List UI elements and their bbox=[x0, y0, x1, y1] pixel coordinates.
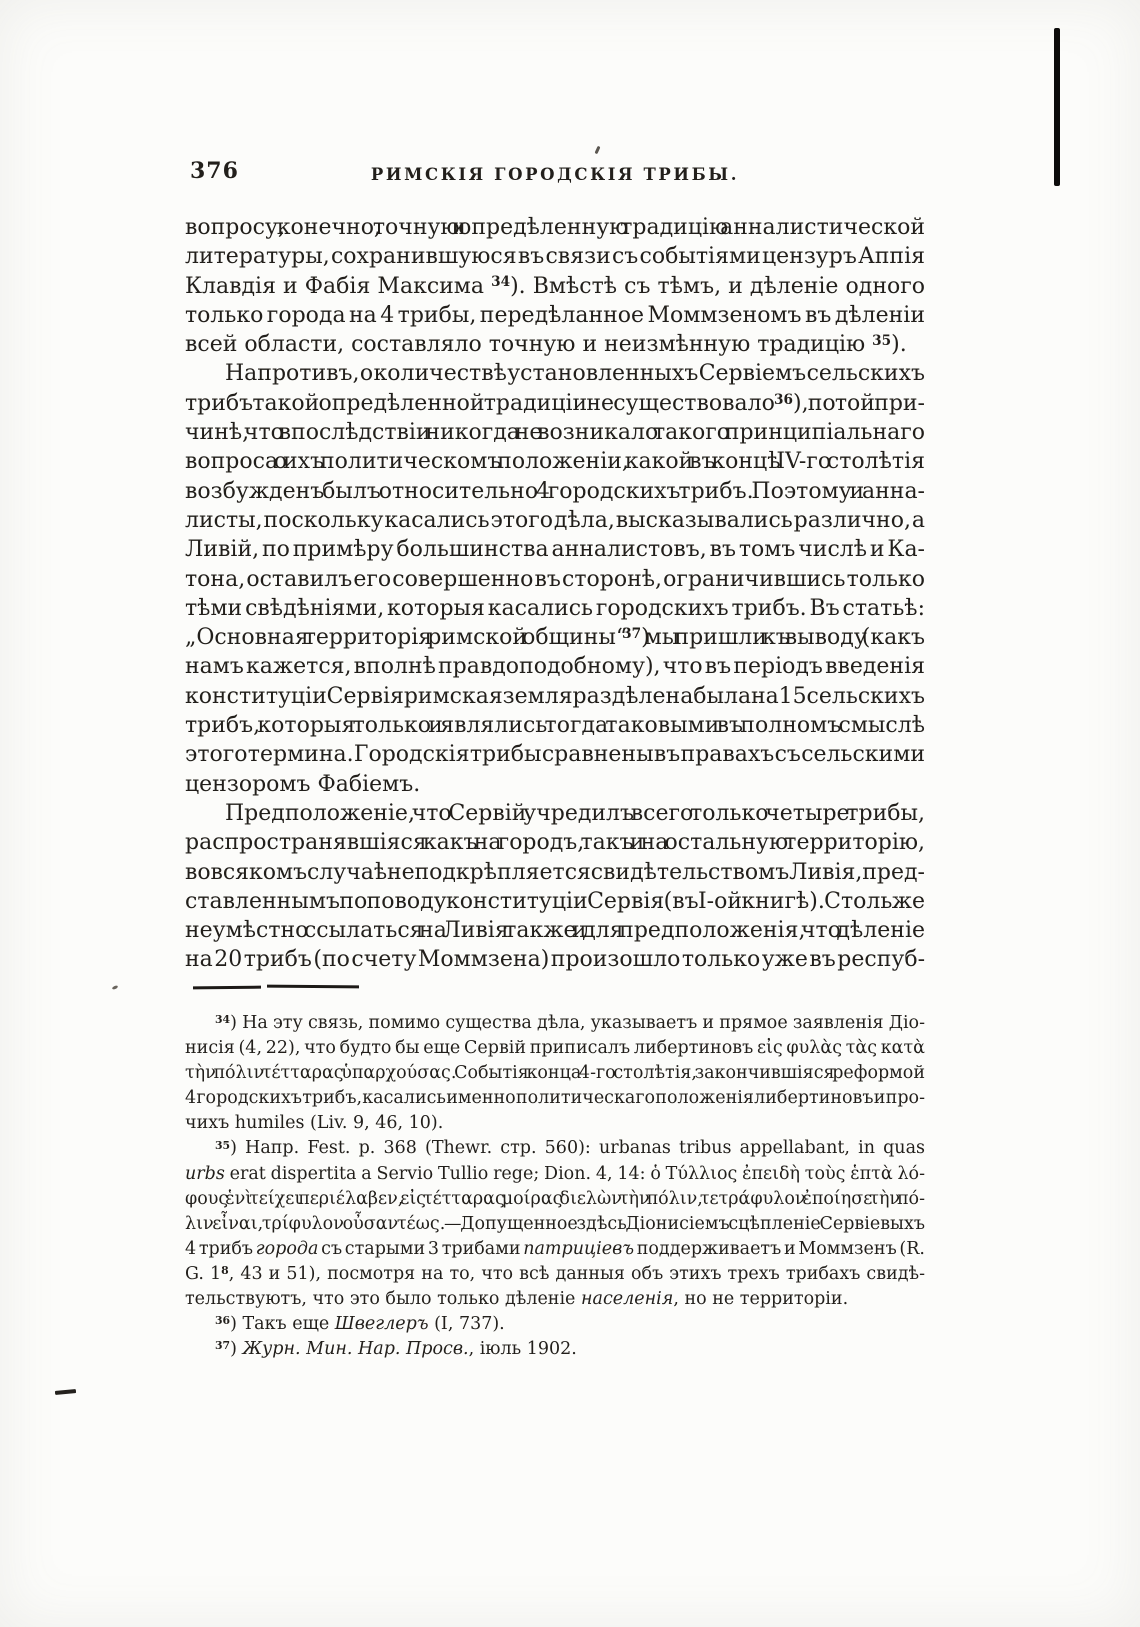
italic-text: патриціевъ bbox=[523, 1239, 634, 1259]
text-run: нисія (4, 22), что будто бы еще Сервій п… bbox=[185, 1038, 925, 1058]
text-line: тѣми свѣдѣніями, которыя касались городс… bbox=[185, 594, 925, 623]
footnote-marker: 37 bbox=[622, 626, 641, 642]
scan-artifact-dash bbox=[55, 1389, 76, 1395]
text-line: 37) Журн. Мин. Нар. Просв., іюль 1902. bbox=[185, 1337, 925, 1362]
text-run: ) мы пришли къ выводу (какъ bbox=[641, 625, 925, 650]
text-run: ) Такъ еще bbox=[230, 1314, 335, 1334]
footnote-marker: 34 bbox=[215, 1013, 230, 1026]
text-run: ). bbox=[891, 332, 907, 357]
text-run: этого термина. Городскія трибы сравнены … bbox=[185, 742, 925, 767]
text-line: τὴν πόλιν τέτταρας ὑπαρχούσας. Событія к… bbox=[185, 1061, 925, 1086]
text-line: цензоромъ Фабіемъ. bbox=[185, 770, 925, 799]
text-line: φους ἑνὶ τείχει περιέλαβεν, εἰς τέτταρας… bbox=[185, 1187, 925, 1212]
text-run: тона, оставилъ его совершенно въ сторонѣ… bbox=[185, 567, 925, 592]
italic-text: населенія bbox=[581, 1289, 673, 1309]
line-content: Предположеніе, что Сервій учредилъ всего… bbox=[225, 801, 925, 826]
line-content: 4 трибъ города съ старыми 3 трибами патр… bbox=[185, 1239, 925, 1259]
text-run: 4 трибъ bbox=[185, 1239, 256, 1259]
text-run: Предположеніе, что Сервій учредилъ всего… bbox=[225, 801, 925, 826]
scan-artifact-speck bbox=[595, 146, 601, 155]
line-content: urbs erat dispertita a Servio Tullio reg… bbox=[185, 1164, 925, 1184]
text-line: urbs erat dispertita a Servio Tullio reg… bbox=[185, 1162, 925, 1187]
text-line: литературы, сохранившуюся въ связи съ со… bbox=[185, 242, 925, 271]
text-line: λιν εἶναι, τρίφυλον οὖσαν τέως. — Допуще… bbox=[185, 1212, 925, 1237]
text-run: , но не территоріи. bbox=[673, 1289, 848, 1309]
text-run: , іюль 1902. bbox=[469, 1339, 577, 1359]
text-line: Напротивъ, о количествѣ установленныхъ С… bbox=[185, 359, 925, 388]
text-line: 4 городскихъ трибъ, касались именно поли… bbox=[185, 1086, 925, 1111]
line-content: неумѣстно ссылаться на Ливія также и для… bbox=[185, 918, 925, 943]
line-content: φους ἑνὶ τείχει περιέλαβεν, εἰς τέτταρας… bbox=[185, 1189, 925, 1209]
text-run: съ старыми 3 трибами bbox=[318, 1239, 523, 1259]
text-run: листы, поскольку касались этого дѣла, вы… bbox=[185, 508, 925, 533]
line-content: только города на 4 трибы, передѣланное М… bbox=[185, 303, 925, 328]
text-line: распространявшіяся какъ на городъ, такъ … bbox=[185, 828, 925, 857]
text-run: конституціи Сервія римская земля раздѣле… bbox=[185, 684, 925, 709]
footnote-marker: 34 bbox=[491, 274, 510, 290]
scan-artifact-bar bbox=[1054, 28, 1060, 186]
text-run: , 43 и 51), посмотря на то, что всѣ данн… bbox=[229, 1264, 925, 1284]
text-run: только города на 4 трибы, передѣланное М… bbox=[185, 303, 925, 328]
line-content: „Основная территорія римской общины“ 37)… bbox=[185, 625, 925, 650]
line-content: тѣми свѣдѣніями, которыя касались городс… bbox=[185, 596, 925, 621]
text-line: тельствуютъ, что это было только дѣленіе… bbox=[185, 1287, 925, 1312]
text-run: ). Вмѣстѣ съ тѣмъ, и дѣленіе одного bbox=[510, 274, 925, 299]
text-run: вопросу, конечно, точную и опредѣленную … bbox=[185, 215, 925, 240]
line-content: 34) На эту связь, помимо существа дѣла, … bbox=[215, 1013, 925, 1033]
line-content: Клавдія и Фабія Максима 34). Вмѣстѣ съ т… bbox=[185, 274, 925, 299]
italic-text: Журн. Мин. Нар. Просв. bbox=[242, 1339, 468, 1359]
text-line: Клавдія и Фабія Максима 34). Вмѣстѣ съ т… bbox=[185, 272, 925, 301]
text-run: намъ кажется, вполнѣ правдоподобному), ч… bbox=[185, 654, 925, 679]
text-line: трибъ, которыя только и являлись тогда т… bbox=[185, 711, 925, 740]
line-content: конституціи Сервія римская земля раздѣле… bbox=[185, 684, 925, 709]
line-content: 35) Напр. Fest. p. 368 (Thewr. стр. 560)… bbox=[215, 1138, 925, 1158]
line-content: намъ кажется, вполнѣ правдоподобному), ч… bbox=[185, 654, 925, 679]
line-content: ставленнымъ по поводу конституціи Сервія… bbox=[185, 889, 925, 914]
text-line: G. 18, 43 и 51), посмотря на то, что всѣ… bbox=[185, 1262, 925, 1287]
line-content: трибъ, которыя только и являлись тогда т… bbox=[185, 713, 925, 738]
text-run: ) bbox=[230, 1339, 242, 1359]
text-line: возбужденъ былъ относительно 4 городских… bbox=[185, 477, 925, 506]
text-run: τὴν πόλιν τέτταρας ὑπαρχούσας. Событія к… bbox=[185, 1063, 925, 1083]
text-line: тона, оставилъ его совершенно въ сторонѣ… bbox=[185, 565, 925, 594]
text-run: трибъ, которыя только и являлись тогда т… bbox=[185, 713, 925, 738]
book-page: 376 РИМСКІЯ ГОРОДСКІЯ ТРИБЫ. вопросу, ко… bbox=[0, 0, 1140, 1627]
text-line: вопросу, конечно, точную и опредѣленную … bbox=[185, 213, 925, 242]
text-run: (I, 737). bbox=[429, 1314, 505, 1334]
line-content: чинѣ, что впослѣдствіи никогда не возник… bbox=[185, 420, 925, 445]
footnotes: 34) На эту связь, помимо существа дѣла, … bbox=[185, 1011, 925, 1362]
footnote-marker: 37 bbox=[215, 1339, 230, 1352]
text-run: чинѣ, что впослѣдствіи никогда не возник… bbox=[185, 420, 925, 445]
text-line: ставленнымъ по поводу конституціи Сервія… bbox=[185, 887, 925, 916]
line-content: литературы, сохранившуюся въ связи съ со… bbox=[185, 244, 925, 269]
line-content: цензоромъ Фабіемъ. bbox=[185, 772, 420, 797]
text-run: неумѣстно ссылаться на Ливія также и для… bbox=[185, 918, 925, 943]
text-line: только города на 4 трибы, передѣланное М… bbox=[185, 301, 925, 330]
text-line: конституціи Сервія римская земля раздѣле… bbox=[185, 682, 925, 711]
line-content: распространявшіяся какъ на городъ, такъ … bbox=[185, 830, 925, 855]
footnote-marker: 36 bbox=[774, 392, 793, 408]
italic-text: urbs bbox=[185, 1164, 225, 1184]
line-content: вопросу, конечно, точную и опредѣленную … bbox=[185, 215, 925, 240]
text-run: Напротивъ, о количествѣ установленныхъ С… bbox=[225, 361, 925, 386]
text-line: на 20 трибъ (по счету Моммзена) произошл… bbox=[185, 945, 925, 974]
line-content: трибъ такой опредѣленной традиціи не сущ… bbox=[185, 391, 925, 416]
text-run: ) На эту связь, помимо существа дѣла, ук… bbox=[230, 1013, 925, 1033]
text-run: ), по той при- bbox=[793, 391, 925, 416]
line-content: τὴν πόλιν τέτταρας ὑπαρχούσας. Событія к… bbox=[185, 1063, 925, 1083]
line-content: вопроса о ихъ политическомъ положеніи, к… bbox=[185, 449, 925, 474]
line-content: всей области, составляло точную и неизмѣ… bbox=[185, 332, 907, 357]
text-line: намъ кажется, вполнѣ правдоподобному), ч… bbox=[185, 652, 925, 681]
text-run: вопроса о ихъ политическомъ положеніи, к… bbox=[185, 449, 925, 474]
text-run: чихъ humiles (Liv. 9, 46, 10). bbox=[185, 1113, 443, 1133]
line-content: листы, поскольку касались этого дѣла, вы… bbox=[185, 508, 925, 533]
text-run: литературы, сохранившуюся въ связи съ со… bbox=[185, 244, 925, 269]
line-content: тона, оставилъ его совершенно въ сторонѣ… bbox=[185, 567, 925, 592]
text-line: чихъ humiles (Liv. 9, 46, 10). bbox=[185, 1111, 925, 1136]
text-run: трибъ такой опредѣленной традиціи не сущ… bbox=[185, 391, 774, 416]
text-line: трибъ такой опредѣленной традиціи не сущ… bbox=[185, 389, 925, 418]
text-run: возбужденъ былъ относительно 4 городских… bbox=[185, 479, 925, 504]
text-run: распространявшіяся какъ на городъ, такъ … bbox=[185, 830, 925, 855]
text-run: тѣми свѣдѣніями, которыя касались городс… bbox=[185, 596, 925, 621]
footnote-marker: 35 bbox=[215, 1139, 230, 1152]
line-content: 36) Такъ еще Швеглеръ (I, 737). bbox=[215, 1314, 505, 1334]
text-line: „Основная территорія римской общины“ 37)… bbox=[185, 623, 925, 652]
text-run: тельствуютъ, что это было только дѣленіе bbox=[185, 1289, 581, 1309]
text-line: этого термина. Городскія трибы сравнены … bbox=[185, 740, 925, 769]
line-content: на 20 трибъ (по счету Моммзена) произошл… bbox=[185, 947, 925, 972]
text-line: Ливій, по примѣру большинства анналистов… bbox=[185, 535, 925, 564]
text-run: на 20 трибъ (по счету Моммзена) произошл… bbox=[185, 947, 925, 972]
text-line: всей области, составляло точную и неизмѣ… bbox=[185, 330, 925, 359]
text-run: всей области, составляло точную и неизмѣ… bbox=[185, 332, 872, 357]
line-content: возбужденъ былъ относительно 4 городских… bbox=[185, 479, 925, 504]
running-head: РИМСКІЯ ГОРОДСКІЯ ТРИБЫ. bbox=[185, 165, 925, 184]
main-text: вопросу, конечно, точную и опредѣленную … bbox=[185, 213, 925, 975]
text-line: 4 трибъ города съ старыми 3 трибами патр… bbox=[185, 1237, 925, 1262]
scan-artifact-speck bbox=[112, 985, 119, 990]
footnote-separator bbox=[193, 985, 363, 989]
footnote-marker: 35 bbox=[872, 333, 891, 349]
line-content: этого термина. Городскія трибы сравнены … bbox=[185, 742, 925, 767]
text-line: 35) Напр. Fest. p. 368 (Thewr. стр. 560)… bbox=[185, 1136, 925, 1161]
text-line: 34) На эту связь, помимо существа дѣла, … bbox=[185, 1011, 925, 1036]
text-line: Предположеніе, что Сервій учредилъ всего… bbox=[185, 799, 925, 828]
text-run: цензоромъ Фабіемъ. bbox=[185, 772, 420, 797]
text-run: G. 1 bbox=[185, 1264, 221, 1284]
line-content: 4 городскихъ трибъ, касались именно поли… bbox=[185, 1088, 925, 1108]
text-line: чинѣ, что впослѣдствіи никогда не возник… bbox=[185, 418, 925, 447]
line-content: λιν εἶναι, τρίφυλον οὖσαν τέως. — Допуще… bbox=[185, 1214, 925, 1234]
text-run: 4 городскихъ трибъ, касались именно поли… bbox=[185, 1088, 925, 1108]
italic-text: города bbox=[256, 1239, 319, 1259]
separator-segment bbox=[267, 985, 359, 988]
text-run: ) Напр. Fest. p. 368 (Thewr. стр. 560): … bbox=[230, 1138, 925, 1158]
text-run: λιν εἶναι, τρίφυλον οὖσαν τέως. — Допуще… bbox=[185, 1214, 925, 1234]
text-run: „Основная территорія римской общины“ bbox=[185, 625, 622, 650]
text-line: нисія (4, 22), что будто бы еще Сервій п… bbox=[185, 1036, 925, 1061]
text-line: листы, поскольку касались этого дѣла, вы… bbox=[185, 506, 925, 535]
line-content: 37) Журн. Мин. Нар. Просв., іюль 1902. bbox=[215, 1339, 577, 1359]
separator-segment bbox=[193, 986, 261, 990]
text-run: Ливій, по примѣру большинства анналистов… bbox=[185, 537, 925, 562]
line-content: во всякомъ случаѣ не подкрѣпляется свидѣ… bbox=[185, 860, 925, 885]
line-content: Напротивъ, о количествѣ установленныхъ С… bbox=[225, 361, 925, 386]
text-run: Клавдія и Фабія Максима bbox=[185, 274, 491, 299]
line-content: тельствуютъ, что это было только дѣленіе… bbox=[185, 1289, 848, 1309]
text-run: φους ἑνὶ τείχει περιέλαβεν, εἰς τέτταρας… bbox=[185, 1189, 925, 1209]
line-content: G. 18, 43 и 51), посмотря на то, что всѣ… bbox=[185, 1264, 925, 1284]
text-run: erat dispertita a Servio Tullio rege; Di… bbox=[225, 1164, 925, 1184]
text-run: поддерживаетъ и Моммзенъ (R. bbox=[634, 1239, 925, 1259]
text-run: ставленнымъ по поводу конституціи Сервія… bbox=[185, 889, 925, 914]
text-line: вопроса о ихъ политическомъ положеніи, к… bbox=[185, 447, 925, 476]
text-run: во всякомъ случаѣ не подкрѣпляется свидѣ… bbox=[185, 860, 925, 885]
footnote-marker: 36 bbox=[215, 1314, 230, 1327]
footnote-marker: 8 bbox=[221, 1264, 229, 1277]
text-line: 36) Такъ еще Швеглеръ (I, 737). bbox=[185, 1312, 925, 1337]
line-content: нисія (4, 22), что будто бы еще Сервій п… bbox=[185, 1038, 925, 1058]
line-content: чихъ humiles (Liv. 9, 46, 10). bbox=[185, 1113, 443, 1133]
line-content: Ливій, по примѣру большинства анналистов… bbox=[185, 537, 925, 562]
italic-text: Швеглеръ bbox=[335, 1314, 429, 1334]
text-line: неумѣстно ссылаться на Ливія также и для… bbox=[185, 916, 925, 945]
text-line: во всякомъ случаѣ не подкрѣпляется свидѣ… bbox=[185, 858, 925, 887]
